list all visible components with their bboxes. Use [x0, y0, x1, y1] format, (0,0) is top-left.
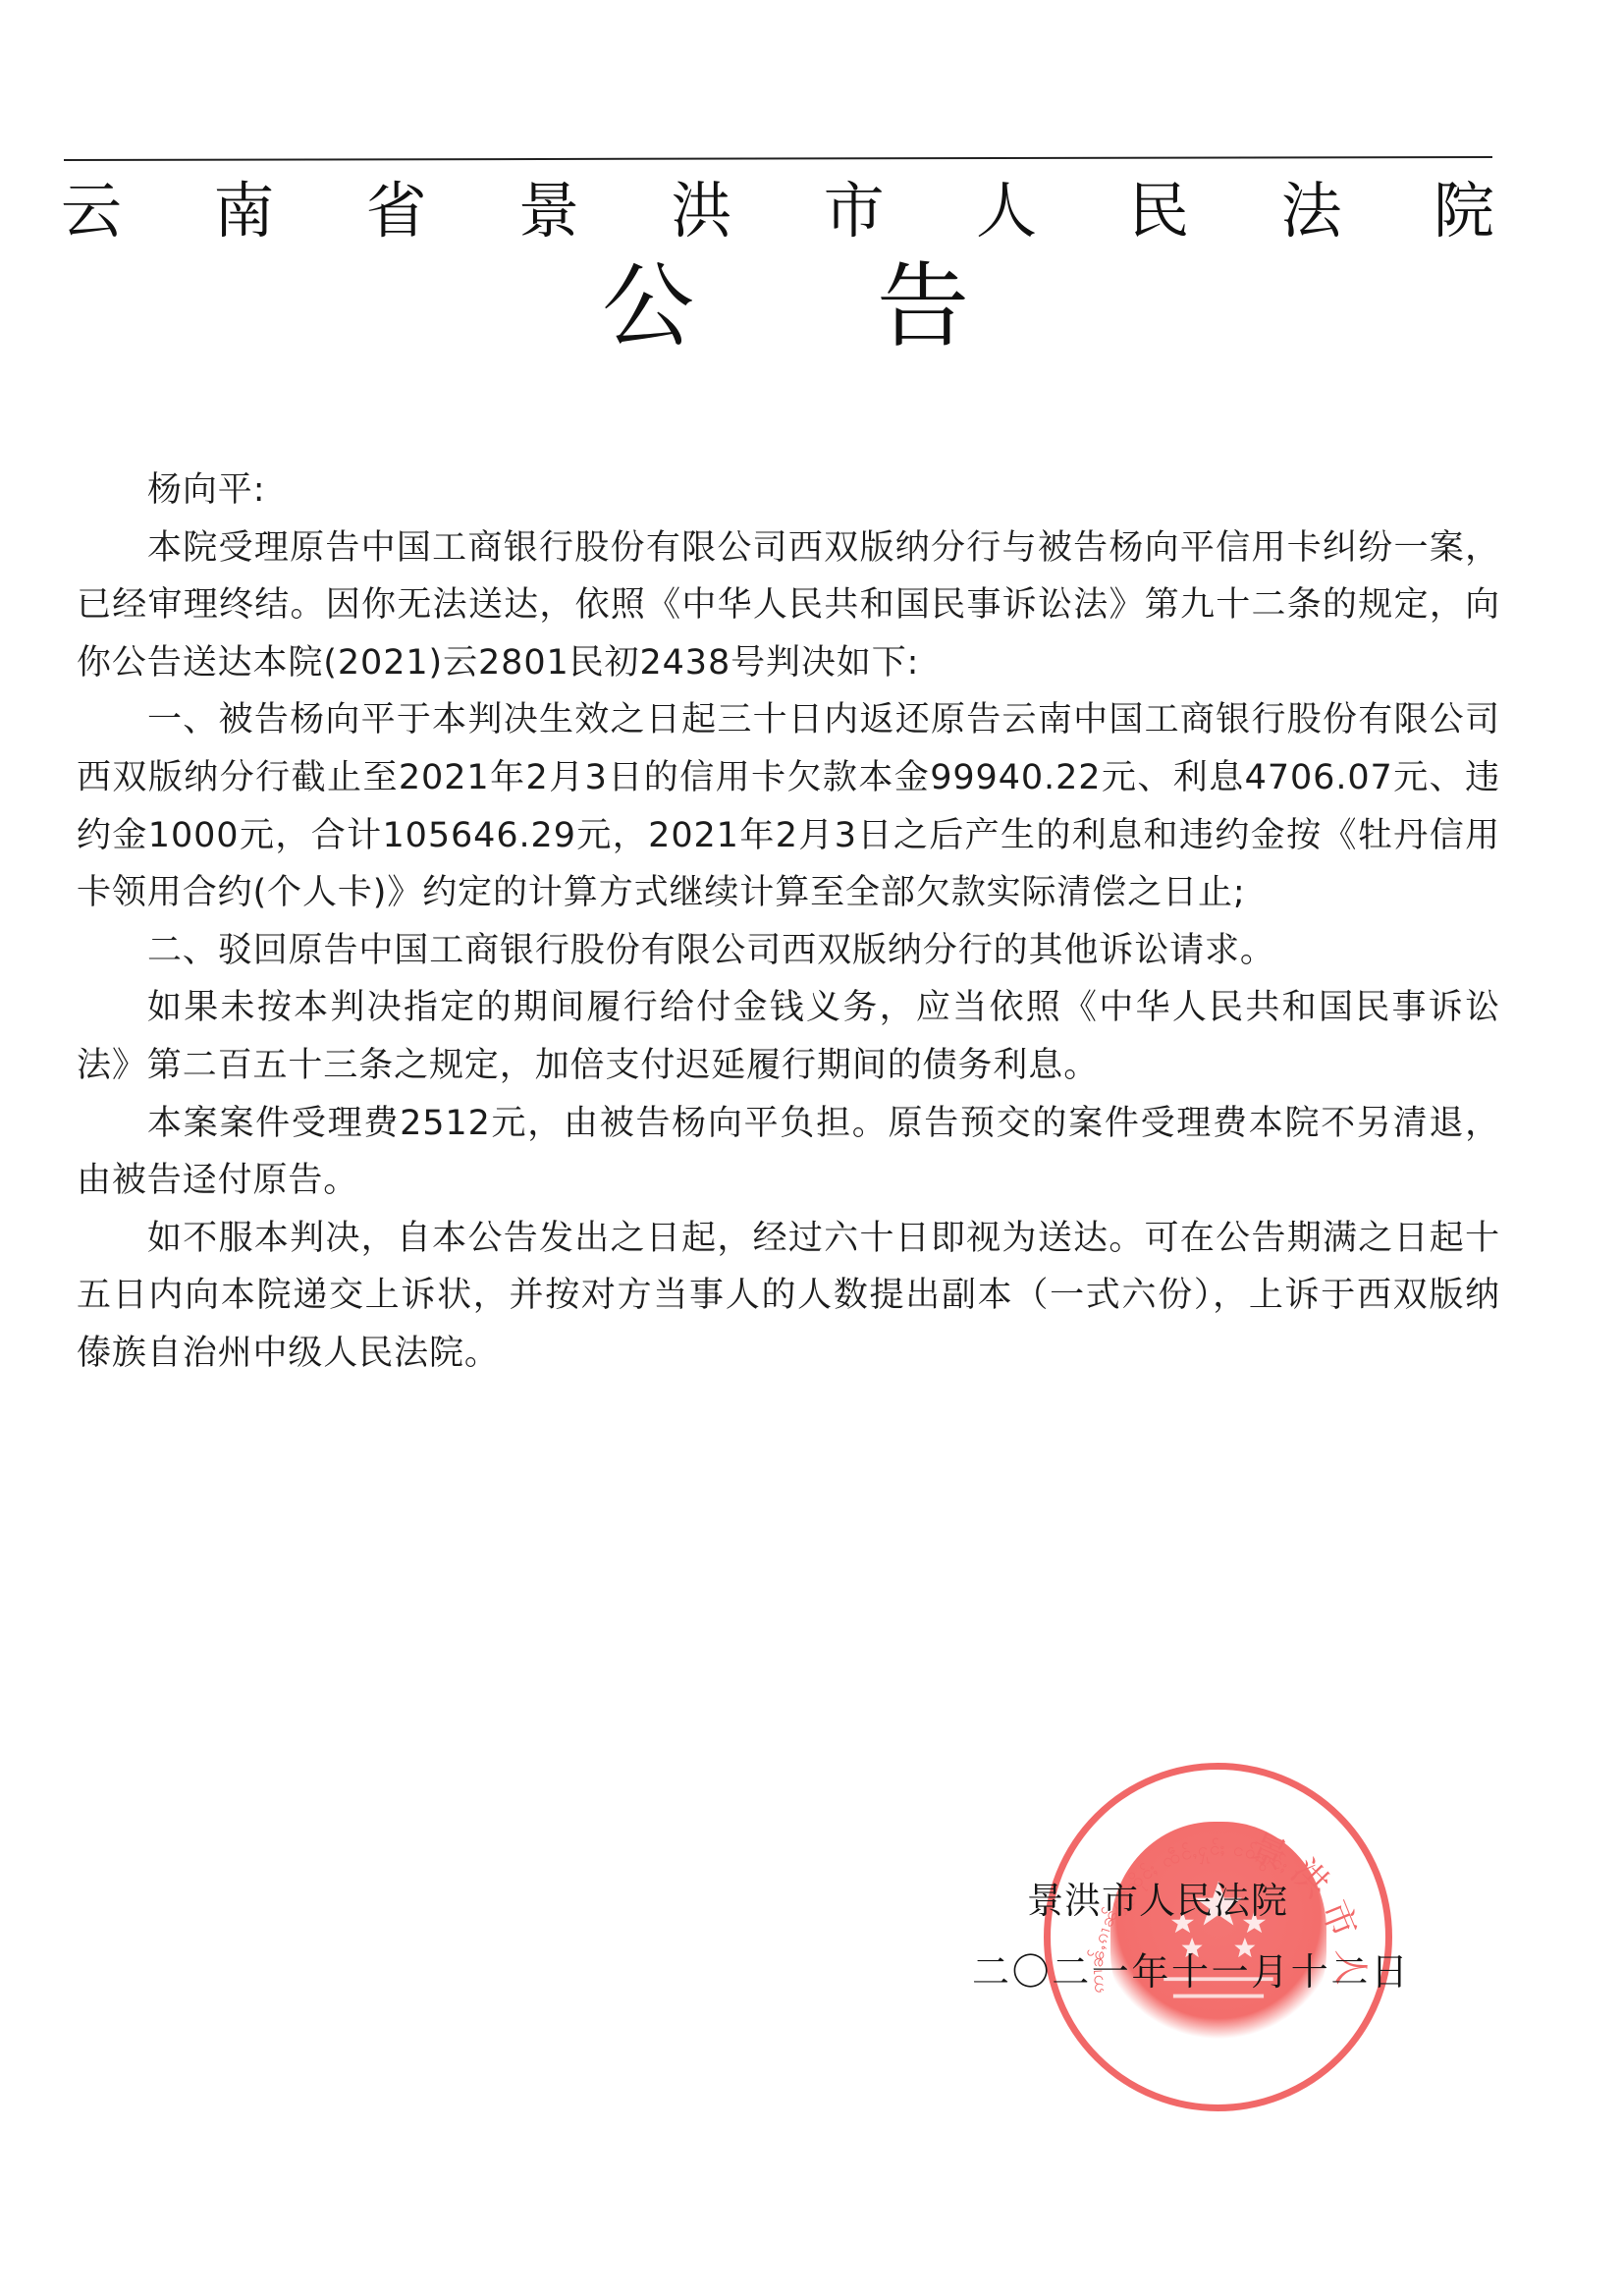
signature-court-name: 景洪市人民法院 — [1027, 1878, 1288, 1925]
addressee: 杨向平: — [77, 462, 1500, 519]
court-name-char: 景 — [518, 173, 579, 249]
court-name-char: 民 — [1128, 173, 1189, 249]
notice-title: 公 告 — [589, 253, 982, 361]
court-name-char: 云 — [61, 173, 122, 249]
paragraph-late-interest: 如果未按本判决指定的期间履行给付金钱义务，应当依照《中华人民共和国民事诉讼法》第… — [77, 979, 1500, 1094]
paragraph-case-intro: 本院受理原告中国工商银行股份有限公司西双版纳分行与被告杨向平信用卡纠纷一案，已经… — [77, 519, 1500, 692]
court-name-char: 市 — [824, 173, 885, 249]
notice-title-char: 公 — [589, 253, 707, 361]
seal-graphics-icon: 景洪市人民法院 ဢၢၼ်ႇၵၢၼ်ႁႃႈၸိုင်ႈ ၸဵင်ႇႁုင်ႈ ငဝ… — [1051, 1770, 1385, 2105]
court-name-char: 洪 — [671, 173, 731, 249]
court-name-heading: 云 南 省 景 洪 市 人 民 法 院 — [61, 173, 1494, 249]
header-rule — [64, 156, 1492, 161]
paragraph-judgment-item-2: 二、驳回原告中国工商银行股份有限公司西双版纳分行的其他诉讼请求。 — [77, 922, 1500, 980]
paragraph-court-fee: 本案案件受理费2512元，由被告杨向平负担。原告预交的案件受理费本院不另清退，由… — [77, 1095, 1500, 1210]
court-name-char: 法 — [1281, 173, 1342, 249]
court-name-char: 省 — [366, 173, 427, 249]
court-name-char: 院 — [1434, 173, 1494, 249]
paragraph-appeal: 如不服本判决，自本公告发出之日起，经过六十日即视为送达。可在公告期满之日起十五日… — [77, 1210, 1500, 1383]
notice-body: 杨向平: 本院受理原告中国工商银行股份有限公司西双版纳分行与被告杨向平信用卡纠纷… — [77, 462, 1500, 1383]
signature-date: 二〇二一年十一月十二日 — [972, 1948, 1411, 1995]
court-seal-stamp: 景洪市人民法院 ဢၢၼ်ႇၵၢၼ်ႁႃႈၸိုင်ႈ ၸဵင်ႇႁုင်ႈ ငဝ… — [1044, 1763, 1392, 2111]
notice-title-char: 告 — [864, 253, 982, 361]
court-name-char: 南 — [213, 173, 274, 249]
court-name-char: 人 — [976, 173, 1037, 249]
paragraph-judgment-item-1: 一、被告杨向平于本判决生效之日起三十日内返还原告云南中国工商银行股份有限公司西双… — [77, 691, 1500, 921]
